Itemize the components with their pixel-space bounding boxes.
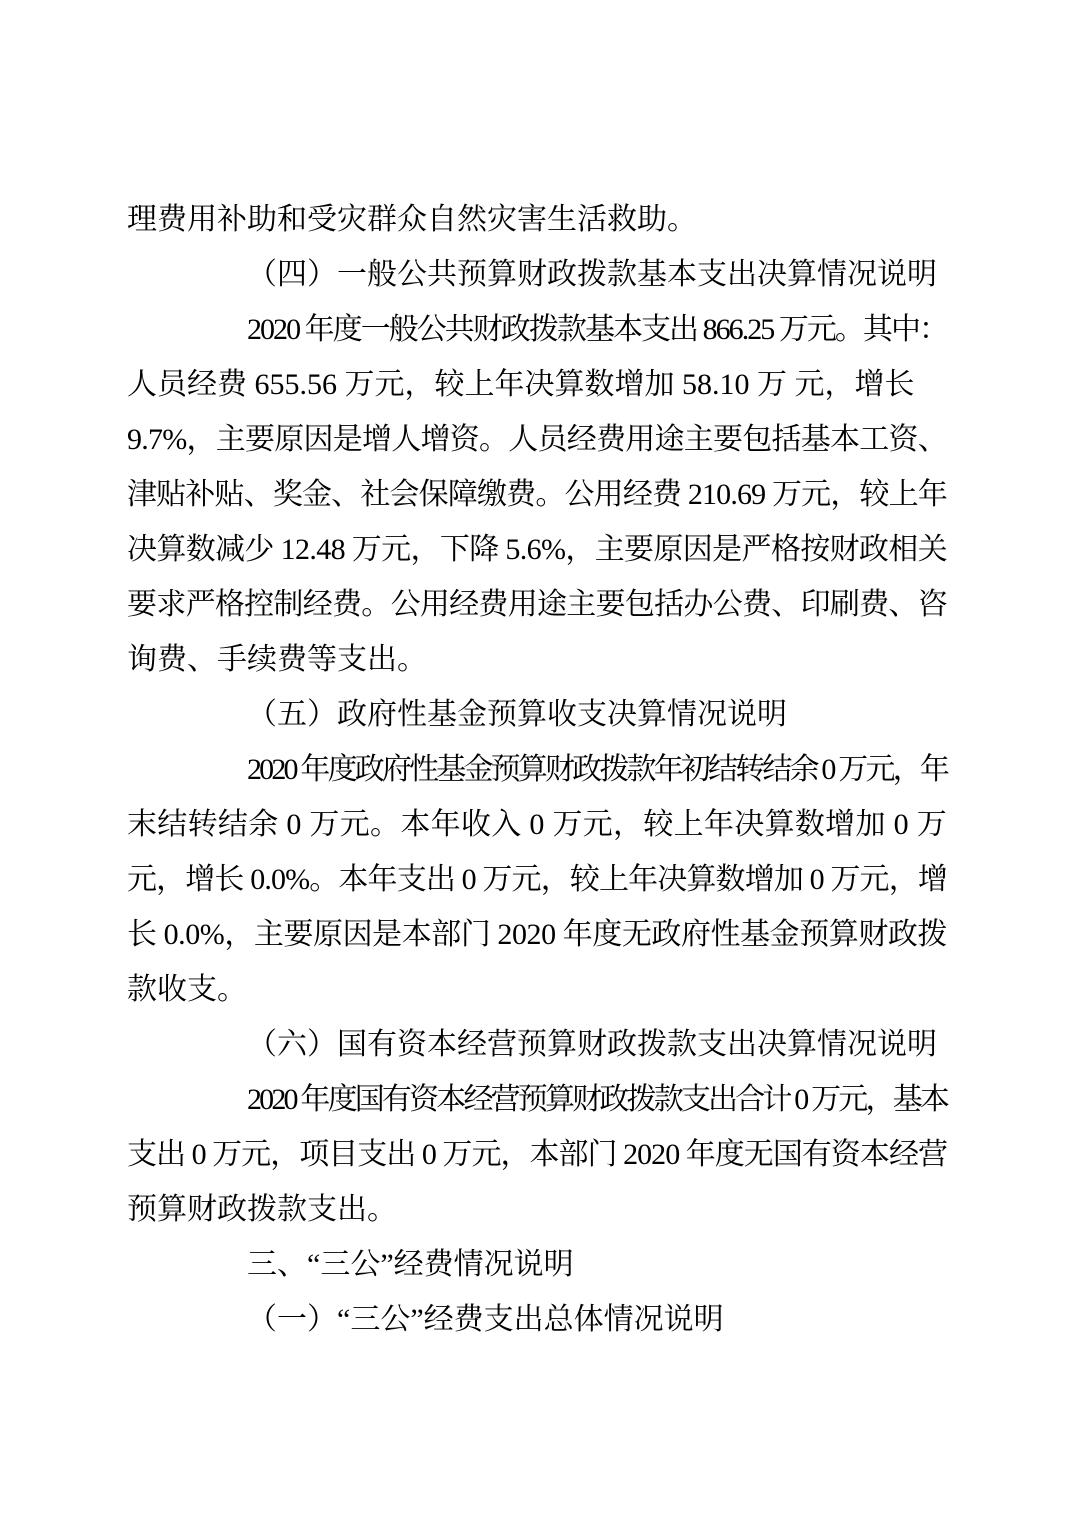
text-line-text: 9.7%，主要原因是增人增资。人员经费用途主要包括基本工资、 [127, 412, 947, 467]
text-line-text: 理费用补助和受灾群众自然灾害生活救助。 [127, 192, 697, 247]
text-line: 款收支。 [127, 962, 947, 1017]
section-heading-text: （四）一般公共预算财政拨款基本支出决算情况说明 [187, 247, 937, 302]
text-line-text: 元，增长 0.0%。本年支出 0 万元，较上年决算数增加 0 万元，增 [127, 852, 947, 907]
text-line: 末结转结余 0 万元。本年收入 0 万元，较上年决算数增加 0 万 [127, 797, 947, 852]
text-line: 要求严格控制经费。公用经费用途主要包括办公费、印刷费、咨 [127, 577, 947, 632]
text-line: 支出 0 万元，项目支出 0 万元，本部门 2020 年度无国有资本经营 [127, 1127, 947, 1182]
text-line: 询费、手续费等支出。 [127, 632, 947, 687]
text-line-text: 人员经费 655.56 万元，较上年决算数增加 58.10 万 元，增长 [127, 357, 915, 412]
text-line-text: 决算数减少 12.48 万元，下降 5.6%，主要原因是严格按财政相关 [127, 522, 947, 577]
text-line-text: 末结转结余 0 万元。本年收入 0 万元，较上年决算数增加 0 万 [127, 797, 947, 852]
text-line-text: 2020 年度国有资本经营预算财政拨款支出合计 0 万元，基本 [187, 1072, 947, 1127]
section-heading: （五）政府性基金预算收支决算情况说明 [127, 687, 947, 742]
text-line: 决算数减少 12.48 万元，下降 5.6%，主要原因是严格按财政相关 [127, 522, 947, 577]
section-heading: 三、“三公”经费情况说明 [127, 1237, 947, 1292]
section-heading: （六）国有资本经营预算财政拨款支出决算情况说明 [127, 1017, 947, 1072]
document-body: 理费用补助和受灾群众自然灾害生活救助。 （四）一般公共预算财政拨款基本支出决算情… [127, 192, 947, 1347]
text-line-text: 2020 年度一般公共财政拨款基本支出 866.25 万元。其中： [187, 302, 947, 357]
text-line-text: 津贴补贴、奖金、社会保障缴费。公用经费 210.69 万元，较上年 [127, 467, 947, 522]
text-line-text: 2020 年度政府性基金预算财政拨款年初结转结余 0 万元，年 [187, 742, 947, 797]
text-line: 2020 年度一般公共财政拨款基本支出 866.25 万元。其中： [127, 302, 947, 357]
section-heading-text: （一）“三公”经费支出总体情况说明 [187, 1292, 724, 1347]
text-line-text: 支出 0 万元，项目支出 0 万元，本部门 2020 年度无国有资本经营 [127, 1127, 947, 1182]
section-heading-text: 三、“三公”经费情况说明 [187, 1237, 574, 1292]
section-heading: （四）一般公共预算财政拨款基本支出决算情况说明 [127, 247, 947, 302]
text-line-text: 要求严格控制经费。公用经费用途主要包括办公费、印刷费、咨 [127, 577, 947, 632]
section-heading-text: （五）政府性基金预算收支决算情况说明 [187, 687, 787, 742]
text-line-text: 预算财政拨款支出。 [127, 1182, 397, 1237]
text-line: 元，增长 0.0%。本年支出 0 万元，较上年决算数增加 0 万元，增 [127, 852, 947, 907]
text-line: 津贴补贴、奖金、社会保障缴费。公用经费 210.69 万元，较上年 [127, 467, 947, 522]
text-line: 2020 年度政府性基金预算财政拨款年初结转结余 0 万元，年 [127, 742, 947, 797]
text-line: 预算财政拨款支出。 [127, 1182, 947, 1237]
document-page: 理费用补助和受灾群众自然灾害生活救助。 （四）一般公共预算财政拨款基本支出决算情… [0, 0, 1074, 1520]
text-line-text: 询费、手续费等支出。 [127, 632, 427, 687]
text-line-text: 长 0.0%，主要原因是本部门 2020 年度无政府性基金预算财政拨 [127, 907, 947, 962]
text-line: 2020 年度国有资本经营预算财政拨款支出合计 0 万元，基本 [127, 1072, 947, 1127]
text-line-text: 款收支。 [127, 962, 247, 1017]
text-line: 理费用补助和受灾群众自然灾害生活救助。 [127, 192, 947, 247]
text-line: 9.7%，主要原因是增人增资。人员经费用途主要包括基本工资、 [127, 412, 947, 467]
text-line: 人员经费 655.56 万元，较上年决算数增加 58.10 万 元，增长 [127, 357, 947, 412]
section-heading-text: （六）国有资本经营预算财政拨款支出决算情况说明 [187, 1017, 937, 1072]
section-heading: （一）“三公”经费支出总体情况说明 [127, 1292, 947, 1347]
text-line: 长 0.0%，主要原因是本部门 2020 年度无政府性基金预算财政拨 [127, 907, 947, 962]
